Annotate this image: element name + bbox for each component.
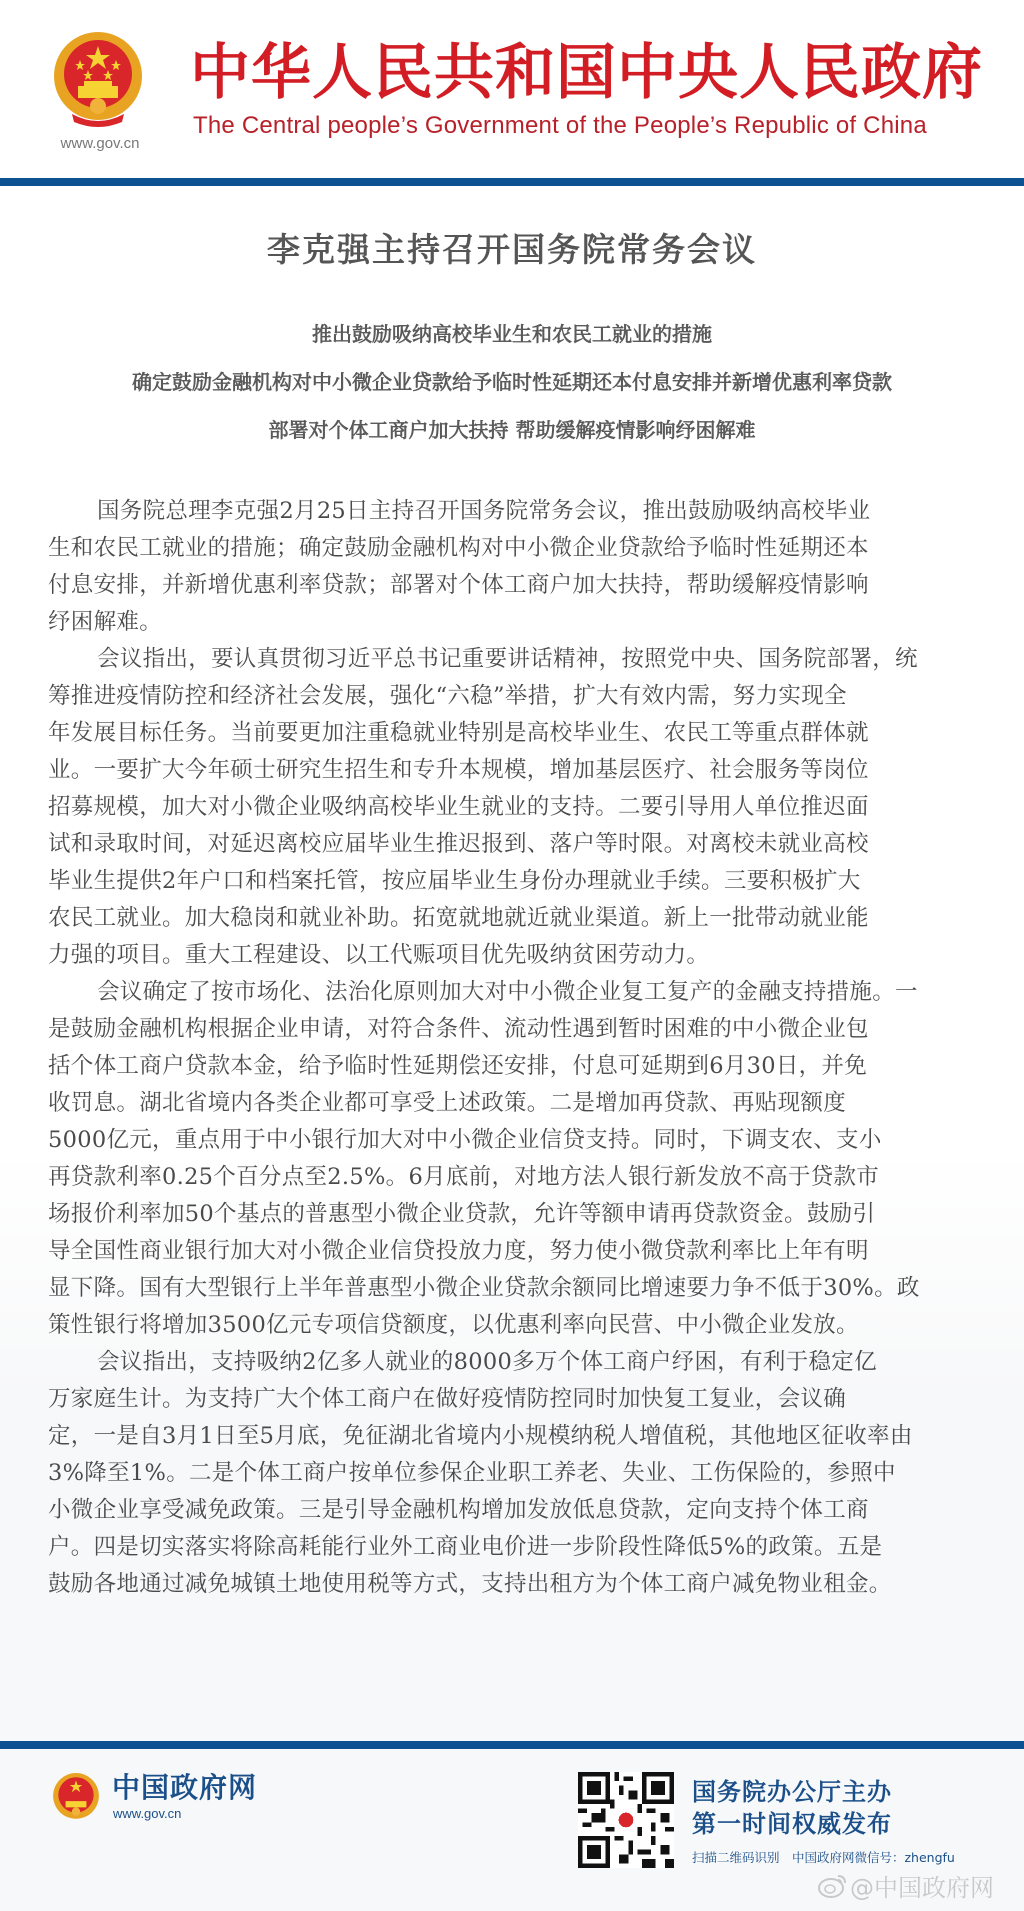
body-line: 农民工就业。加大稳岗和就业补助。拓宽就地就近就业渠道。新上一批带动就业能 bbox=[48, 903, 988, 933]
body-line: 试和录取时间，对延迟离校应届毕业生推迟报到、落户等时限。对离校未就业高校 bbox=[48, 829, 988, 859]
site-header: www.gov.cn 中华人民共和国中央人民政府 The Central peo… bbox=[0, 0, 1024, 178]
body-line: 业。一要扩大今年硕士研究生招生和专升本规模，增加基层医疗、社会服务等岗位 bbox=[48, 755, 988, 785]
header-site-url: www.gov.cn bbox=[52, 135, 148, 152]
national-emblem-icon bbox=[52, 30, 144, 130]
article-subheadline: 确定鼓励金融机构对中小微企业贷款给予临时性延期还本付息安排并新增优惠利率贷款 bbox=[0, 368, 1024, 396]
body-line: 招募规模，加大对小微企业吸纳高校毕业生就业的支持。二要引导用人单位推迟面 bbox=[48, 792, 988, 822]
site-title-cn: 中华人民共和国中央人民政府 bbox=[190, 38, 983, 108]
article-subheadline: 部署对个体工商户加大扶持 帮助缓解疫情影响纾困解难 bbox=[0, 416, 1024, 444]
body-line: 会议确定了按市场化、法治化原则加大对中小微企业复工复产的金融支持措施。一 bbox=[97, 977, 1024, 1007]
body-line: 国务院总理李克强2月25日主持召开国务院常务会议，推出鼓励吸纳高校毕业 bbox=[97, 496, 1024, 526]
footer-divider-bar bbox=[0, 1741, 1024, 1749]
body-line: 括个体工商户贷款本金，给予临时性延期偿还安排，付息可延期到6月30日，并免 bbox=[48, 1051, 988, 1081]
weibo-icon bbox=[818, 1872, 848, 1898]
qr-code-icon[interactable] bbox=[578, 1772, 674, 1868]
footer-slogan-line2: 第一时间权威发布 bbox=[692, 1808, 1012, 1840]
article-headline: 李克强主持召开国务院常务会议 bbox=[0, 228, 1024, 272]
body-line: 生和农民工就业的措施；确定鼓励金融机构对中小微企业贷款给予临时性延期还本 bbox=[48, 533, 988, 563]
article-subheadline: 推出鼓励吸纳高校毕业生和农民工就业的措施 bbox=[0, 320, 1024, 348]
header-divider-bar bbox=[0, 178, 1024, 186]
body-line: 小微企业享受减免政策。三是引导金融机构增加发放低息贷款，定向支持个体工商 bbox=[48, 1495, 988, 1525]
body-line: 会议指出，支持吸纳2亿多人就业的8000多万个体工商户纾困，有利于稳定亿 bbox=[97, 1347, 1024, 1377]
body-line: 会议指出，要认真贯彻习近平总书记重要讲话精神，按照党中央、国务院部署，统 bbox=[97, 644, 1024, 674]
footer-site-url[interactable]: www.gov.cn bbox=[113, 1806, 181, 1821]
page: www.gov.cn 中华人民共和国中央人民政府 The Central peo… bbox=[0, 0, 1024, 1911]
body-line: 是鼓励金融机构根据企业申请，对符合条件、流动性遇到暂时困难的中小微企业包 bbox=[48, 1014, 988, 1044]
body-line: 力强的项目。重大工程建设、以工代赈项目优先吸纳贫困劳动力。 bbox=[48, 940, 988, 970]
body-line: 3%降至1%。二是个体工商户按单位参保企业职工养老、失业、工伤保险的，参照中 bbox=[48, 1458, 988, 1488]
body-line: 鼓励各地通过减免城镇土地使用税等方式，支持出租方为个体工商户减免物业租金。 bbox=[48, 1569, 988, 1599]
body-line: 纾困解难。 bbox=[48, 607, 988, 637]
footer-scan-note: 扫描二维码识别 中国政府网微信号：zhengfu bbox=[692, 1848, 955, 1866]
footer-slogan-line1: 国务院办公厅主办 bbox=[692, 1776, 1012, 1808]
body-line: 5000亿元，重点用于中小银行加大对中小微企业信贷支持。同时，下调支农、支小 bbox=[48, 1125, 988, 1155]
body-line: 毕业生提供2年户口和档案托管，按应届毕业生身份办理就业手续。三要积极扩大 bbox=[48, 866, 988, 896]
body-line: 定，一是自3月1日至5月底，免征湖北省境内小规模纳税人增值税，其他地区征收率由 bbox=[48, 1421, 988, 1451]
body-line: 再贷款利率0.25个百分点至2.5%。6月底前，对地方法人银行新发放不高于贷款市 bbox=[48, 1162, 988, 1192]
body-line: 户。四是切实落实将除高耗能行业外工商业电价进一步阶段性降低5%的政策。五是 bbox=[48, 1532, 988, 1562]
body-line: 付息安排，并新增优惠利率贷款；部署对个体工商户加大扶持，帮助缓解疫情影响 bbox=[48, 570, 988, 600]
body-line: 显下降。国有大型银行上半年普惠型小微企业贷款余额同比增速要力争不低于30%。政 bbox=[48, 1273, 988, 1303]
national-emblem-icon bbox=[52, 1772, 100, 1824]
body-line: 万家庭生计。为支持广大个体工商户在做好疫情防控同时加快复工复业，会议确 bbox=[48, 1384, 988, 1414]
body-line: 收罚息。湖北省境内各类企业都可享受上述政策。二是增加再贷款、再贴现额度 bbox=[48, 1088, 988, 1118]
body-line: 年发展目标任务。当前要更加注重稳就业特别是高校毕业生、农民工等重点群体就 bbox=[48, 718, 988, 748]
body-line: 导全国性商业银行加大对小微企业信贷投放力度，努力使小微贷款利率比上年有明 bbox=[48, 1236, 988, 1266]
body-line: 场报价利率加50个基点的普惠型小微企业贷款，允许等额申请再贷款资金。鼓励引 bbox=[48, 1199, 988, 1229]
weibo-watermark: @中国政府网 bbox=[850, 1868, 994, 1903]
footer-site-name: 中国政府网 bbox=[112, 1766, 257, 1806]
body-line: 策性银行将增加3500亿元专项信贷额度，以优惠利率向民营、中小微企业发放。 bbox=[48, 1310, 988, 1340]
site-title-en: The Central people’s Government of the P… bbox=[193, 112, 927, 140]
body-line: 筹推进疫情防控和经济社会发展，强化“六稳”举措，扩大有效内需，努力实现全 bbox=[48, 681, 988, 711]
